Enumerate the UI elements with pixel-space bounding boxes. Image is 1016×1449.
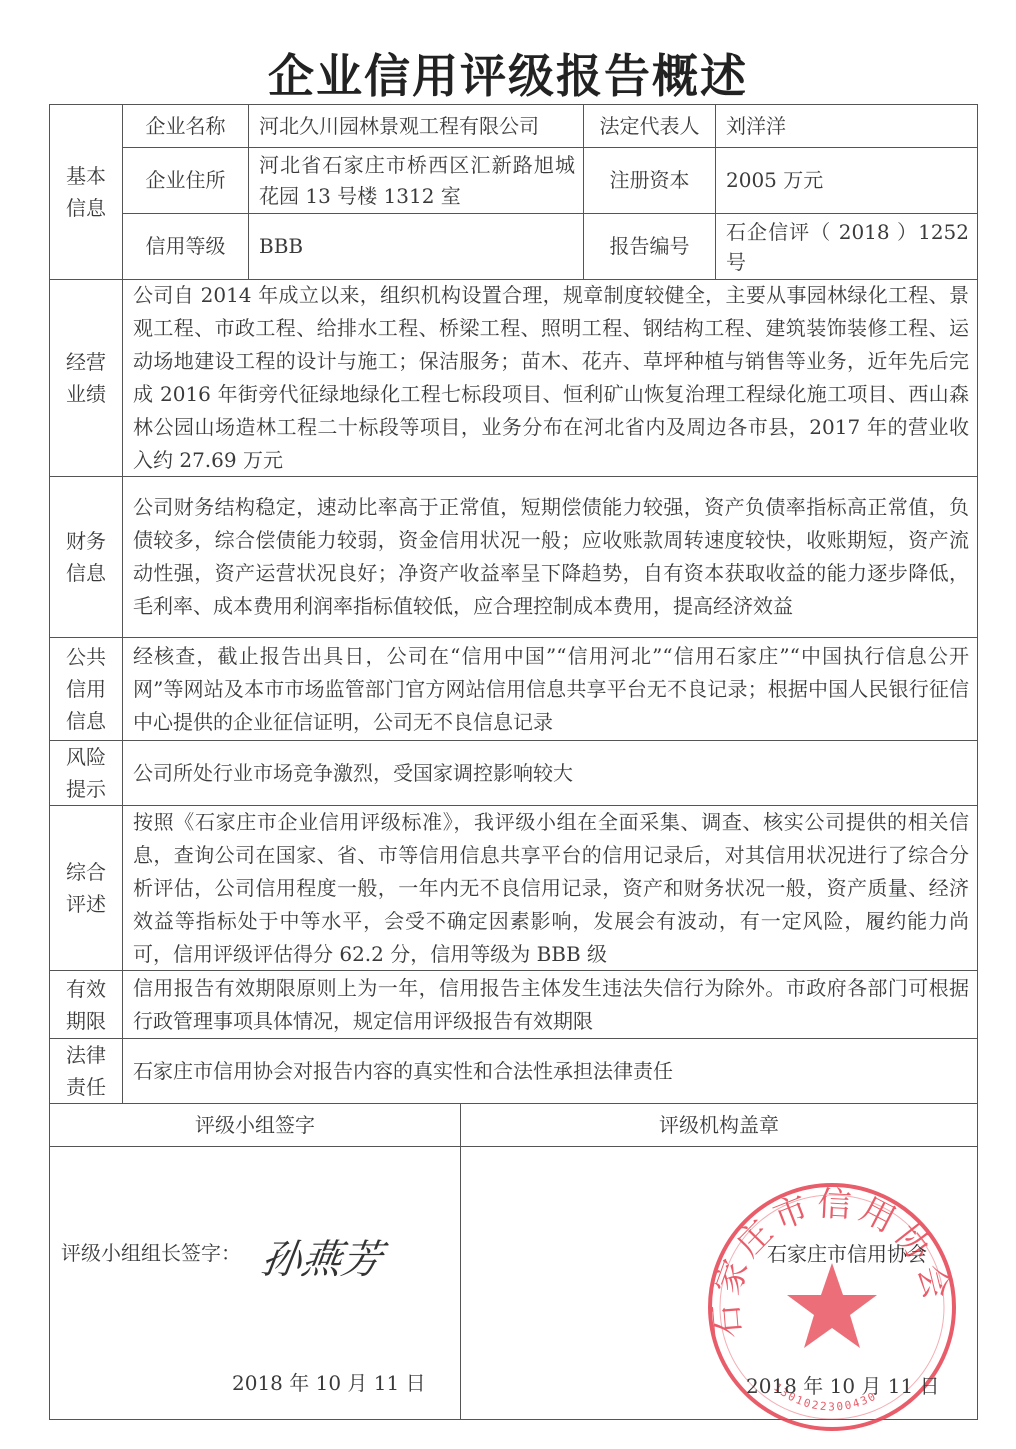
section-label-business: 经营业绩 [49,279,123,477]
section-label-text: 公共信用信息 [65,641,107,737]
team-signature-header: 评级小组签字 [49,1103,461,1147]
report-no-label: 报告编号 [583,213,716,280]
body-text: 公司所处行业市场竞争激烈，受国家调控影响较大 [133,757,969,790]
company-name-value: 河北久川园林景观工程有限公司 [248,104,584,148]
leader-signature-label: 评级小组组长签字： [61,1237,241,1266]
header-text: 评级小组签字 [195,1109,315,1142]
org-seal-header: 评级机构盖章 [460,1103,978,1147]
value-text: BBB [259,230,575,263]
body-text: 石家庄市信用协会对报告内容的真实性和合法性承担法律责任 [133,1055,969,1088]
company-name-label: 企业名称 [122,104,249,148]
section-label-financial: 财务信息 [49,476,123,638]
report-no-value: 石企信评（ 2018 ）1252 号 [715,213,978,280]
credit-grade-value: BBB [248,213,584,280]
section-label-text: 有效期限 [65,973,107,1037]
section-label-text: 基本信息 [65,160,107,224]
org-seal-date: 2018 年 10 月 11 日 [746,1370,940,1399]
page-title: 企业信用评级报告概述 [0,40,1016,100]
section-label-legal: 法律责任 [49,1038,123,1104]
value-text: 河北久川园林景观工程有限公司 [259,110,575,143]
team-signature-date: 2018 年 10 月 11 日 [232,1367,426,1396]
body-text: 公司财务结构稳定，速动比率高于正常值，短期偿债能力较强，资产负债率指标高正常值，… [133,491,969,623]
section-text-business: 公司自 2014 年成立以来，组织机构设置合理，规章制度较健全，主要从事园林绿化… [122,279,978,477]
body-text: 公司自 2014 年成立以来，组织机构设置合理，规章制度较健全，主要从事园林绿化… [133,279,969,477]
leader-signature: 孙燕芳 [258,1228,386,1285]
org-name: 石家庄市信用协会 [767,1238,927,1267]
section-label-text: 综合评述 [65,856,107,920]
section-label-text: 经营业绩 [65,346,107,410]
credit-grade-label: 信用等级 [122,213,249,280]
body-text: 按照《石家庄市企业信用评级标准》，我评级小组在全面采集、调查、核实公司提供的相关… [133,806,969,971]
legal-rep-value: 刘洋洋 [715,104,978,148]
registered-capital-value: 2005 万元 [715,147,978,214]
label-text: 企业名称 [146,110,226,143]
legal-rep-label: 法定代表人 [583,104,716,148]
value-text: 石企信评（ 2018 ）1252 号 [726,217,969,277]
section-text-legal: 石家庄市信用协会对报告内容的真实性和合法性承担法律责任 [122,1038,978,1104]
address-label: 企业住所 [122,147,249,214]
section-label-basic-info: 基本信息 [49,104,123,280]
section-label-public-credit: 公共信用信息 [49,637,123,741]
value-text: 刘洋洋 [726,110,969,143]
registered-capital-label: 注册资本 [583,147,716,214]
section-text-risk: 公司所处行业市场竞争激烈，受国家调控影响较大 [122,740,978,806]
address-value: 河北省石家庄市桥西区汇新路旭城花园 13 号楼 1312 室 [248,147,584,214]
value-text: 河北省石家庄市桥西区汇新路旭城花园 13 号楼 1312 室 [259,150,575,212]
body-text: 经核查，截止报告出具日，公司在“信用中国”“信用河北”“信用石家庄”“中国执行信… [133,640,969,739]
label-text: 信用等级 [146,230,226,263]
section-label-summary: 综合评述 [49,805,123,971]
section-text-summary: 按照《石家庄市企业信用评级标准》，我评级小组在全面采集、调查、核实公司提供的相关… [122,805,978,971]
label-text: 企业住所 [146,164,226,197]
section-label-text: 财务信息 [65,525,107,589]
label-text: 报告编号 [610,230,690,263]
section-text-public-credit: 经核查，截止报告出具日，公司在“信用中国”“信用河北”“信用石家庄”“中国执行信… [122,637,978,741]
section-text-financial: 公司财务结构稳定，速动比率高于正常值，短期偿债能力较强，资产负债率指标高正常值，… [122,476,978,638]
body-text: 信用报告有效期限原则上为一年，信用报告主体发生违法失信行为除外。市政府各部门可根… [133,972,969,1038]
header-text: 评级机构盖章 [659,1109,779,1142]
section-label-text: 法律责任 [65,1039,107,1103]
label-text: 注册资本 [610,164,690,197]
section-text-validity: 信用报告有效期限原则上为一年，信用报告主体发生违法失信行为除外。市政府各部门可根… [122,970,978,1039]
section-label-risk: 风险提示 [49,740,123,806]
value-text: 2005 万元 [726,164,969,197]
label-text: 法定代表人 [600,110,700,143]
section-label-text: 风险提示 [65,741,107,805]
section-label-validity: 有效期限 [49,970,123,1039]
